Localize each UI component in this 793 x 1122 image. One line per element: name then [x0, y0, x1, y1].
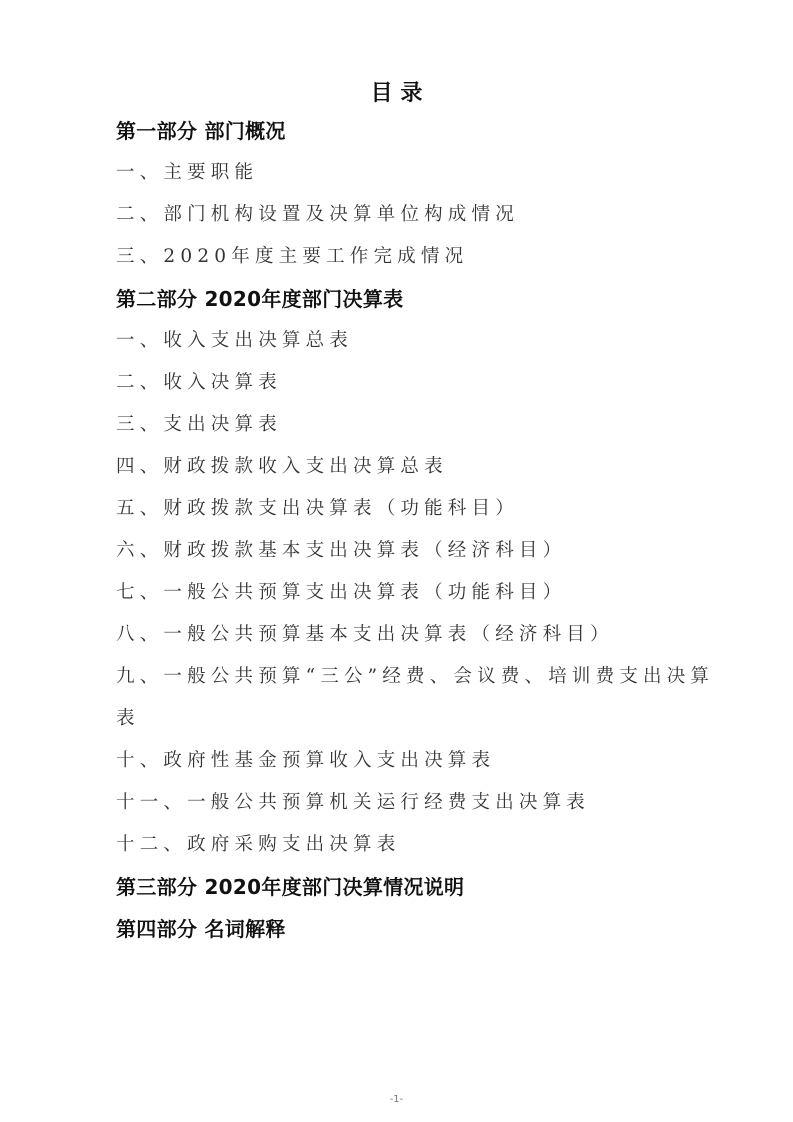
toc-item-continuation: 表: [116, 698, 686, 740]
toc-item: 十、政府性基金预算收入支出决算表: [116, 740, 686, 782]
page-number: -1-: [0, 1094, 793, 1105]
toc-item: 十一、一般公共预算机关运行经费支出决算表: [116, 782, 686, 824]
toc-item: 三、支出决算表: [116, 404, 686, 446]
toc-item: 一、主要职能: [116, 152, 686, 194]
toc-item: 二、部门机构设置及决算单位构成情况: [116, 194, 686, 236]
toc-item: 五、财政拨款支出决算表（功能科目）: [116, 488, 686, 530]
toc-part-3: 第三部分 2020年度部门决算情况说明: [116, 866, 686, 908]
table-of-contents: 第一部分 部门概况 一、主要职能 二、部门机构设置及决算单位构成情况 三、202…: [116, 110, 686, 950]
toc-item: 一、收入支出决算总表: [116, 320, 686, 362]
toc-item: 二、收入决算表: [116, 362, 686, 404]
document-page: 目 录 第一部分 部门概况 一、主要职能 二、部门机构设置及决算单位构成情况 三…: [0, 0, 793, 1122]
toc-part-2: 第二部分 2020年度部门决算表: [116, 278, 686, 320]
toc-item: 七、一般公共预算支出决算表（功能科目）: [116, 572, 686, 614]
toc-item: 四、财政拨款收入支出决算总表: [116, 446, 686, 488]
toc-item: 三、2020年度主要工作完成情况: [116, 236, 686, 278]
toc-part-1: 第一部分 部门概况: [116, 110, 686, 152]
toc-item: 八、一般公共预算基本支出决算表（经济科目）: [116, 614, 686, 656]
toc-title: 目 录: [0, 76, 793, 107]
toc-item: 九、一般公共预算“三公”经费、会议费、培训费支出决算: [116, 656, 686, 698]
toc-item: 十二、政府采购支出决算表: [116, 824, 686, 866]
toc-part-4: 第四部分 名词解释: [116, 908, 686, 950]
toc-item: 六、财政拨款基本支出决算表（经济科目）: [116, 530, 686, 572]
